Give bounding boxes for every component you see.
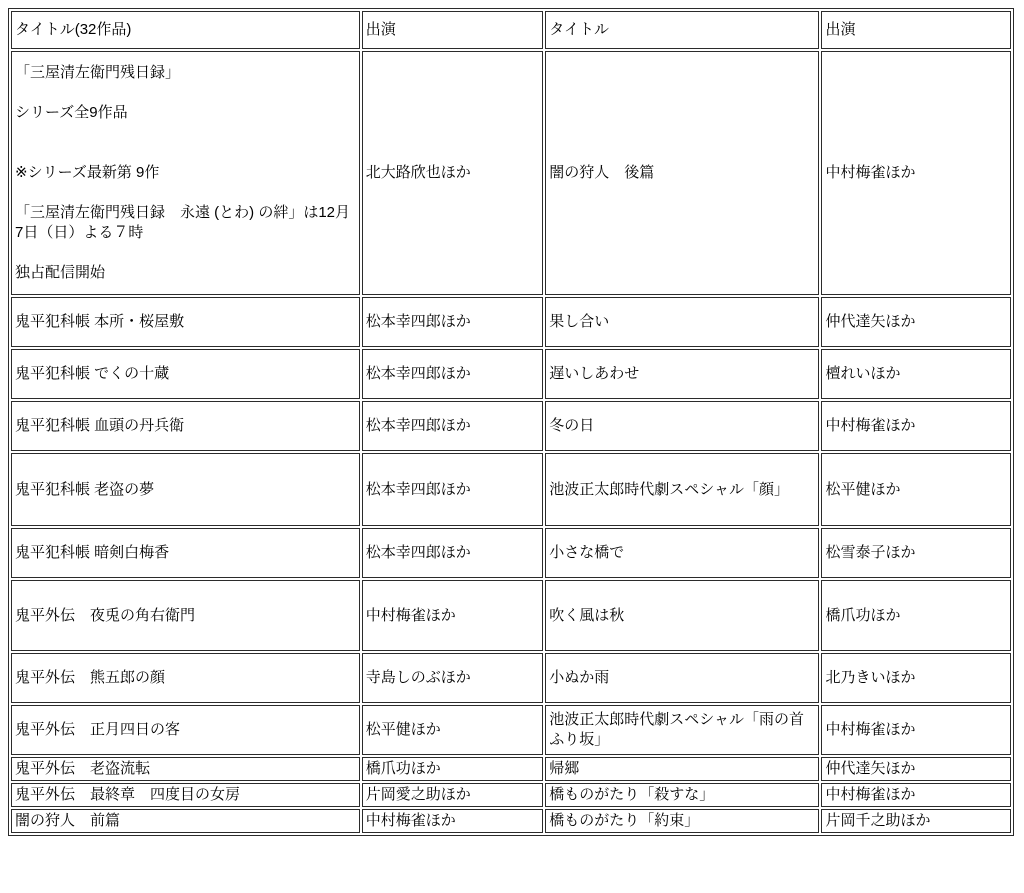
cast-cell-right: 中村梅雀ほか (821, 705, 1011, 755)
cast-cell-right: 北乃きいほか (821, 653, 1011, 703)
cast-cell-right: 橋爪功ほか (821, 580, 1011, 651)
cast-cell-left: 片岡愛之助ほか (362, 783, 543, 807)
title-cell-left: 鬼平外伝 老盗流転 (11, 757, 360, 781)
title-cell-left: 鬼平犯科帳 でくの十蔵 (11, 349, 360, 399)
column-header-title-left: タイトル(32作品) (11, 11, 360, 49)
titles-table: タイトル(32作品) 出演 タイトル 出演 「三屋清左衛門残日録」 シリーズ全9… (8, 8, 1014, 836)
header-row: タイトル(32作品) 出演 タイトル 出演 (11, 11, 1011, 49)
title-cell-right: 橋ものがたり「殺すな」 (545, 783, 819, 807)
title-cell-right: 吹く風は秋 (545, 580, 819, 651)
title-cell-right: 池波正太郎時代劇スペシャル「雨の首ふり坂」 (545, 705, 819, 755)
cast-cell-left: 寺島しのぶほか (362, 653, 543, 703)
cast-cell-right: 檀れいほか (821, 349, 1011, 399)
cast-cell-right: 仲代達矢ほか (821, 297, 1011, 347)
title-cell-left: 闇の狩人 前篇 (11, 809, 360, 833)
cast-cell-right: 片岡千之助ほか (821, 809, 1011, 833)
column-header-cast-right: 出演 (821, 11, 1011, 49)
table-header: タイトル(32作品) 出演 タイトル 出演 (11, 11, 1011, 49)
title-cell-left: 鬼平犯科帳 老盗の夢 (11, 453, 360, 526)
title-cell-left: 鬼平犯科帳 血頭の丹兵衛 (11, 401, 360, 451)
table-row: 鬼平外伝 夜兎の角右衛門中村梅雀ほか吹く風は秋橋爪功ほか (11, 580, 1011, 651)
title-cell-right: 橋ものがたり「約束」 (545, 809, 819, 833)
table-row: 鬼平犯科帳 でくの十蔵松本幸四郎ほか遅いしあわせ檀れいほか (11, 349, 1011, 399)
cast-cell-left: 松本幸四郎ほか (362, 528, 543, 578)
title-cell-left: 鬼平外伝 夜兎の角右衛門 (11, 580, 360, 651)
cast-cell-left: 橋爪功ほか (362, 757, 543, 781)
cast-cell-left: 松本幸四郎ほか (362, 349, 543, 399)
table-row: 鬼平外伝 最終章 四度目の女房片岡愛之助ほか橋ものがたり「殺すな」中村梅雀ほか (11, 783, 1011, 807)
title-cell-right: 果し合い (545, 297, 819, 347)
cast-cell-left: 中村梅雀ほか (362, 580, 543, 651)
cast-cell-left: 松平健ほか (362, 705, 543, 755)
title-cell-right: 帰郷 (545, 757, 819, 781)
table-row: 鬼平外伝 正月四日の客松平健ほか池波正太郎時代劇スペシャル「雨の首ふり坂」中村梅… (11, 705, 1011, 755)
table-row: 鬼平外伝 老盗流転橋爪功ほか帰郷仲代達矢ほか (11, 757, 1011, 781)
cast-cell-left: 松本幸四郎ほか (362, 297, 543, 347)
column-header-cast-left: 出演 (362, 11, 543, 49)
title-cell-left: 鬼平犯科帳 本所・桜屋敷 (11, 297, 360, 347)
title-cell-left: 鬼平外伝 正月四日の客 (11, 705, 360, 755)
cast-cell-left: 中村梅雀ほか (362, 809, 543, 833)
title-cell-right: 遅いしあわせ (545, 349, 819, 399)
cast-cell-right: 中村梅雀ほか (821, 401, 1011, 451)
table-row: 鬼平犯科帳 暗剣白梅香松本幸四郎ほか小さな橋で松雪泰子ほか (11, 528, 1011, 578)
table-row: 鬼平犯科帳 老盗の夢松本幸四郎ほか池波正太郎時代劇スペシャル「顔」松平健ほか (11, 453, 1011, 526)
title-cell-left: 鬼平外伝 最終章 四度目の女房 (11, 783, 360, 807)
title-cell-left: 鬼平犯科帳 暗剣白梅香 (11, 528, 360, 578)
title-cell-right: 冬の日 (545, 401, 819, 451)
table-row: 鬼平外伝 熊五郎の顔寺島しのぶほか小ぬか雨北乃きいほか (11, 653, 1011, 703)
table-row: 鬼平犯科帳 本所・桜屋敷松本幸四郎ほか果し合い仲代達矢ほか (11, 297, 1011, 347)
cast-cell-right: 松雪泰子ほか (821, 528, 1011, 578)
table-row: 鬼平犯科帳 血頭の丹兵衛松本幸四郎ほか冬の日中村梅雀ほか (11, 401, 1011, 451)
title-cell-right: 池波正太郎時代劇スペシャル「顔」 (545, 453, 819, 526)
cast-cell-right: 松平健ほか (821, 453, 1011, 526)
table-row: 「三屋清左衛門残日録」 シリーズ全9作品 ※シリーズ最新第 9作 「三屋清左衛門… (11, 51, 1011, 295)
cast-cell-right: 中村梅雀ほか (821, 51, 1011, 295)
table-row: 闇の狩人 前篇中村梅雀ほか橋ものがたり「約束」片岡千之助ほか (11, 809, 1011, 833)
table-body: 「三屋清左衛門残日録」 シリーズ全9作品 ※シリーズ最新第 9作 「三屋清左衛門… (11, 51, 1011, 833)
column-header-title-right: タイトル (545, 11, 819, 49)
title-cell-right: 闇の狩人 後篇 (545, 51, 819, 295)
cast-cell-left: 松本幸四郎ほか (362, 453, 543, 526)
title-cell-right: 小ぬか雨 (545, 653, 819, 703)
cast-cell-right: 中村梅雀ほか (821, 783, 1011, 807)
cast-cell-left: 北大路欣也ほか (362, 51, 543, 295)
cast-cell-right: 仲代達矢ほか (821, 757, 1011, 781)
title-cell-left: 「三屋清左衛門残日録」 シリーズ全9作品 ※シリーズ最新第 9作 「三屋清左衛門… (11, 51, 360, 295)
title-cell-right: 小さな橋で (545, 528, 819, 578)
cast-cell-left: 松本幸四郎ほか (362, 401, 543, 451)
title-cell-left: 鬼平外伝 熊五郎の顔 (11, 653, 360, 703)
